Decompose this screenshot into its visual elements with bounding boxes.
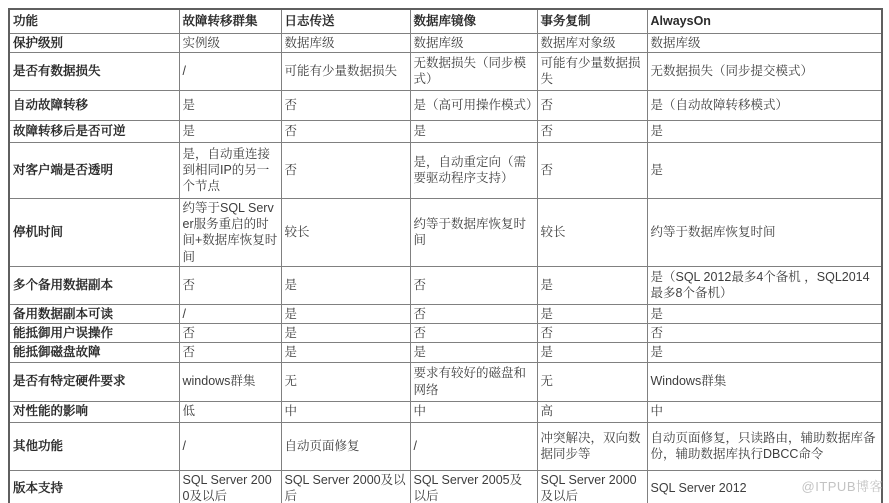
feature-cell: 能抵御用户误操作: [9, 324, 179, 343]
comparison-table: 功能故障转移群集日志传送数据库镜像事务复制AlwaysOn 保护级别实例级数据库…: [8, 8, 883, 503]
feature-cell: 对性能的影响: [9, 401, 179, 422]
value-cell: 否: [410, 304, 537, 323]
value-cell: 是: [410, 343, 537, 362]
table-row: 对性能的影响低中中高中: [9, 401, 882, 422]
value-cell: 是（自动故障转移模式）: [647, 90, 882, 120]
table-row: 是否有特定硬件要求windows群集无要求有较好的磁盘和网络无Windows群集: [9, 362, 882, 401]
table-row: 备用数据副本可读/是否是是: [9, 304, 882, 323]
value-cell: SQL Server 2000及以后: [281, 470, 410, 503]
value-cell: 可能有少量数据损失: [281, 52, 410, 90]
value-cell: 否: [179, 324, 281, 343]
value-cell: 否: [537, 90, 647, 120]
value-cell: 可能有少量数据损失: [537, 52, 647, 90]
value-cell: 是: [537, 343, 647, 362]
value-cell: SQL Server 2000及以后: [179, 470, 281, 503]
value-cell: 较长: [281, 198, 410, 266]
value-cell: 否: [537, 120, 647, 142]
feature-cell: 停机时间: [9, 198, 179, 266]
value-cell: 否: [281, 120, 410, 142]
value-cell: 数据库级: [281, 33, 410, 52]
value-cell: 是，自动重定向（需要驱动程序支持）: [410, 142, 537, 198]
value-cell: 是: [179, 90, 281, 120]
value-cell: 低: [179, 401, 281, 422]
value-cell: 中: [281, 401, 410, 422]
value-cell: 否: [647, 324, 882, 343]
value-cell: 否: [537, 142, 647, 198]
value-cell: 中: [647, 401, 882, 422]
table-row: 对客户端是否透明是，自动重连接到相同IP的另一个节点否是，自动重定向（需要驱动程…: [9, 142, 882, 198]
value-cell: SQL Server 2000及以后: [537, 470, 647, 503]
value-cell: Windows群集: [647, 362, 882, 401]
feature-cell: 能抵御磁盘故障: [9, 343, 179, 362]
value-cell: 是: [537, 304, 647, 323]
feature-cell: 是否有特定硬件要求: [9, 362, 179, 401]
column-header-1: 故障转移群集: [179, 9, 281, 33]
page-container: 功能故障转移群集日志传送数据库镜像事务复制AlwaysOn 保护级别实例级数据库…: [8, 8, 883, 503]
value-cell: 约等于数据库恢复时间: [410, 198, 537, 266]
column-header-3: 数据库镜像: [410, 9, 537, 33]
value-cell: 是: [647, 304, 882, 323]
feature-cell: 故障转移后是否可逆: [9, 120, 179, 142]
value-cell: 是: [281, 266, 410, 304]
table-row: 保护级别实例级数据库级数据库级数据库对象级数据库级: [9, 33, 882, 52]
value-cell: 中: [410, 401, 537, 422]
column-header-2: 日志传送: [281, 9, 410, 33]
column-header-4: 事务复制: [537, 9, 647, 33]
value-cell: 是（SQL 2012最多4个备机 ，SQL2014最多8个备机）: [647, 266, 882, 304]
value-cell: 是: [281, 304, 410, 323]
value-cell: 是: [281, 324, 410, 343]
value-cell: 是: [647, 120, 882, 142]
value-cell: 数据库对象级: [537, 33, 647, 52]
value-cell: 是: [281, 343, 410, 362]
value-cell: 无: [281, 362, 410, 401]
value-cell: 是: [647, 142, 882, 198]
value-cell: 冲突解决，双向数据同步等: [537, 422, 647, 470]
value-cell: 是（高可用操作模式）: [410, 90, 537, 120]
value-cell: 否: [179, 266, 281, 304]
value-cell: /: [410, 422, 537, 470]
feature-cell: 其他功能: [9, 422, 179, 470]
value-cell: SQL Server 2005及以后: [410, 470, 537, 503]
value-cell: 数据库级: [410, 33, 537, 52]
feature-cell: 自动故障转移: [9, 90, 179, 120]
value-cell: 是: [537, 266, 647, 304]
value-cell: 约等于数据库恢复时间: [647, 198, 882, 266]
value-cell: 是: [410, 120, 537, 142]
table-row: 停机时间约等于SQL Server服务重启的时间+数据库恢复时间较长约等于数据库…: [9, 198, 882, 266]
value-cell: 无数据损失（同步提交模式）: [647, 52, 882, 90]
value-cell: 否: [537, 324, 647, 343]
value-cell: 无: [537, 362, 647, 401]
value-cell: 自动页面修复: [281, 422, 410, 470]
value-cell: 自动页面修复，只读路由，辅助数据库备份，辅助数据库执行DBCC命令: [647, 422, 882, 470]
value-cell: 数据库级: [647, 33, 882, 52]
value-cell: 是: [647, 343, 882, 362]
column-header-5: AlwaysOn: [647, 9, 882, 33]
table-row: 多个备用数据副本否是否是是（SQL 2012最多4个备机 ，SQL2014最多8…: [9, 266, 882, 304]
value-cell: 否: [410, 324, 537, 343]
watermark-text: @ITPUB博客: [802, 476, 883, 495]
feature-cell: 保护级别: [9, 33, 179, 52]
feature-cell: 是否有数据损失: [9, 52, 179, 90]
table-row: 是否有数据损失/可能有少量数据损失无数据损失（同步模式）可能有少量数据损失无数据…: [9, 52, 882, 90]
table-row: 故障转移后是否可逆是否是否是: [9, 120, 882, 142]
value-cell: 较长: [537, 198, 647, 266]
value-cell: 是，自动重连接到相同IP的另一个节点: [179, 142, 281, 198]
feature-cell: 版本支持: [9, 470, 179, 503]
table-row: 其他功能/自动页面修复/冲突解决，双向数据同步等自动页面修复，只读路由，辅助数据…: [9, 422, 882, 470]
value-cell: 高: [537, 401, 647, 422]
value-cell: 无数据损失（同步模式）: [410, 52, 537, 90]
table-row: 自动故障转移是否是（高可用操作模式）否是（自动故障转移模式）: [9, 90, 882, 120]
feature-cell: 对客户端是否透明: [9, 142, 179, 198]
table-header-row: 功能故障转移群集日志传送数据库镜像事务复制AlwaysOn: [9, 9, 882, 33]
value-cell: 实例级: [179, 33, 281, 52]
value-cell: 否: [281, 90, 410, 120]
table-row: 版本支持SQL Server 2000及以后SQL Server 2000及以后…: [9, 470, 882, 503]
value-cell: /: [179, 304, 281, 323]
value-cell: /: [179, 52, 281, 90]
value-cell: 否: [281, 142, 410, 198]
value-cell: windows群集: [179, 362, 281, 401]
feature-cell: 备用数据副本可读: [9, 304, 179, 323]
value-cell: 要求有较好的磁盘和网络: [410, 362, 537, 401]
table-row: 能抵御用户误操作否是否否否: [9, 324, 882, 343]
table-row: 能抵御磁盘故障否是是是是: [9, 343, 882, 362]
value-cell: 是: [179, 120, 281, 142]
value-cell: /: [179, 422, 281, 470]
value-cell: 否: [410, 266, 537, 304]
value-cell: 约等于SQL Server服务重启的时间+数据库恢复时间: [179, 198, 281, 266]
column-header-0: 功能: [9, 9, 179, 33]
feature-cell: 多个备用数据副本: [9, 266, 179, 304]
value-cell: 否: [179, 343, 281, 362]
